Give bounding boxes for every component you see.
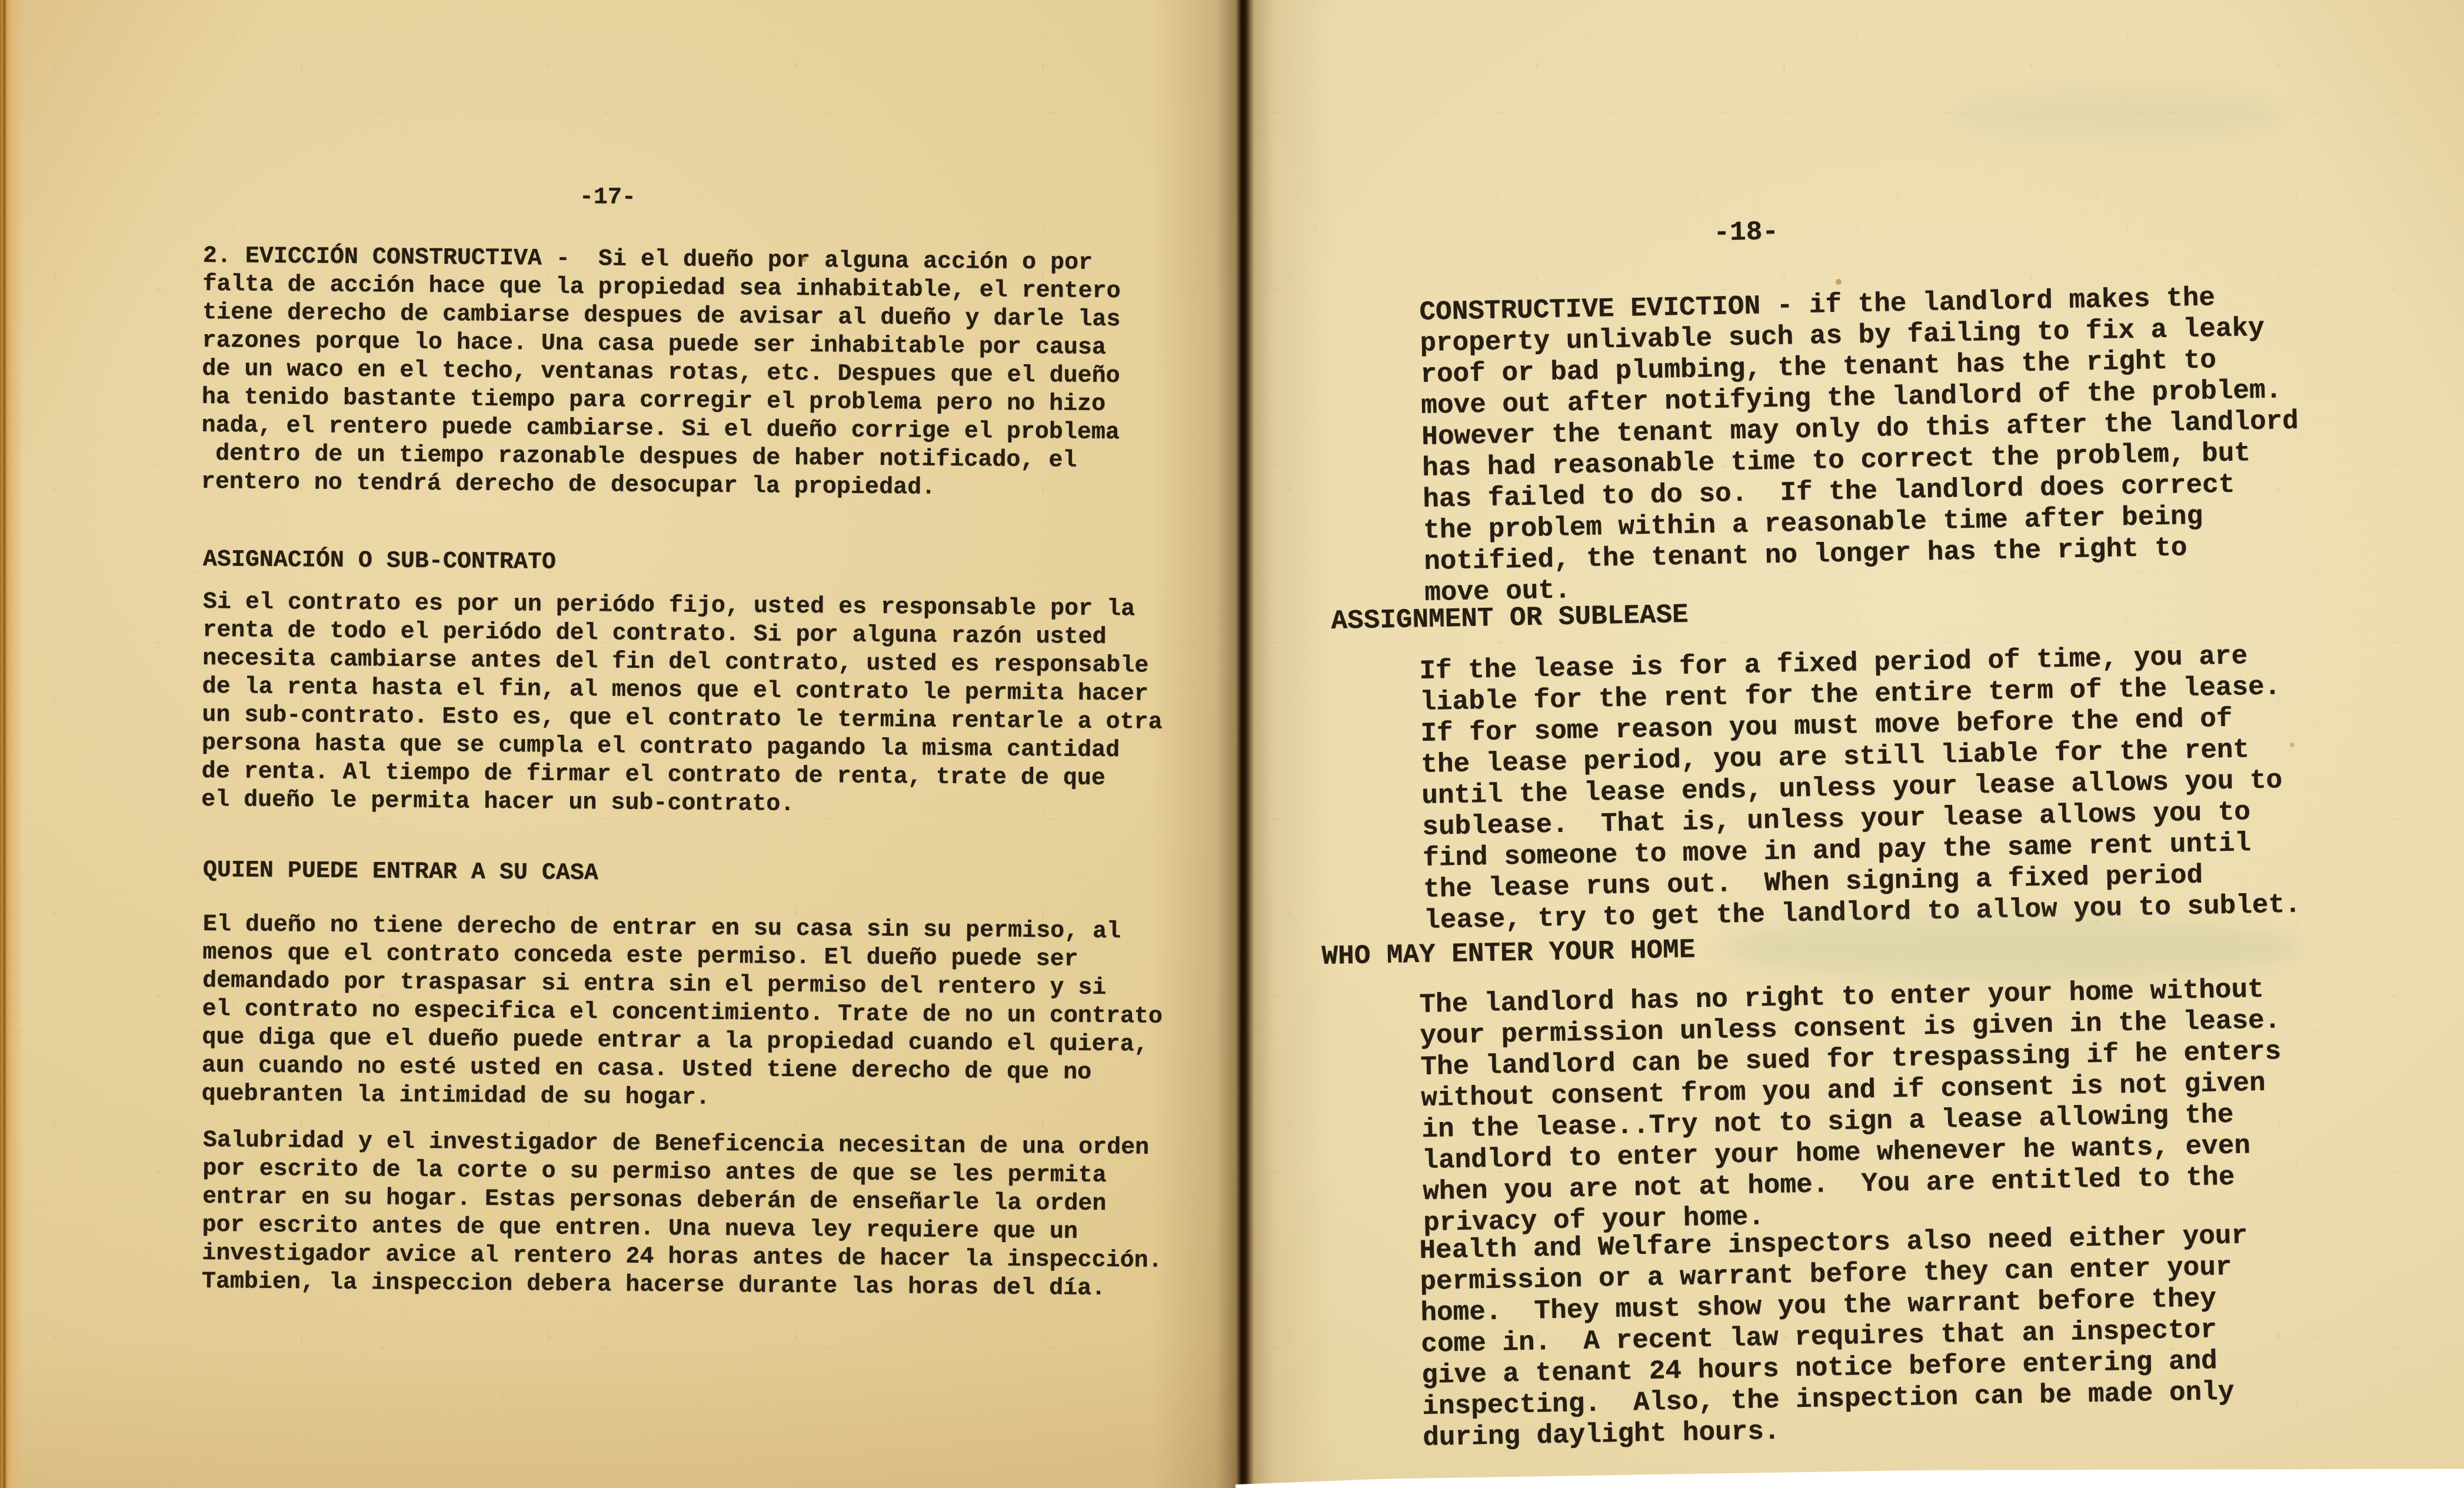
paragraph-constructive-eviction-en: CONSTRUCTIVE EVICTION - if the landlord … [1419, 281, 2302, 609]
paragraph-sublease-en: If the lease is for a fixed period of ti… [1419, 640, 2301, 937]
page-number-17: -17- [580, 184, 636, 212]
paper-stain-speck [801, 257, 807, 262]
page-17: -17- 2. EVICCIÓN CONSTRUCTIVA - Si el du… [0, 0, 1248, 1488]
book-spread-scan: -17- 2. EVICCIÓN CONSTRUCTIVA - Si el du… [0, 0, 2464, 1488]
heading-asignacion-o-sub-contrato: ASIGNACIÓN O SUB-CONTRATO [203, 546, 556, 577]
paper-stain-speck [1836, 279, 1842, 285]
paragraph-sublease-es: Si el contrato es por un periódo fijo, u… [201, 588, 1163, 822]
paper-stain-speck [2290, 743, 2295, 747]
heading-assignment-or-sublease: ASSIGNMENT OR SUBLEASE [1331, 600, 1689, 637]
paragraph-inspectors-en: Health and Welfare inspectors also need … [1419, 1220, 2251, 1454]
paragraph-entry-en: The landlord has no right to enter your … [1419, 974, 2285, 1239]
page-number-18: -18- [1713, 217, 1779, 249]
heading-quien-puede-entrar: QUIEN PUEDE ENTRAR A SU CASA [203, 857, 598, 888]
paragraph-inspectors-es: Salubridad y el investigador de Benefice… [202, 1127, 1163, 1304]
paragraph-constructive-eviction-es: 2. EVICCIÓN CONSTRUCTIVA - Si el dueño p… [201, 242, 1121, 504]
paragraph-entry-es: El dueño no tiene derecho de entrar en s… [201, 911, 1163, 1116]
